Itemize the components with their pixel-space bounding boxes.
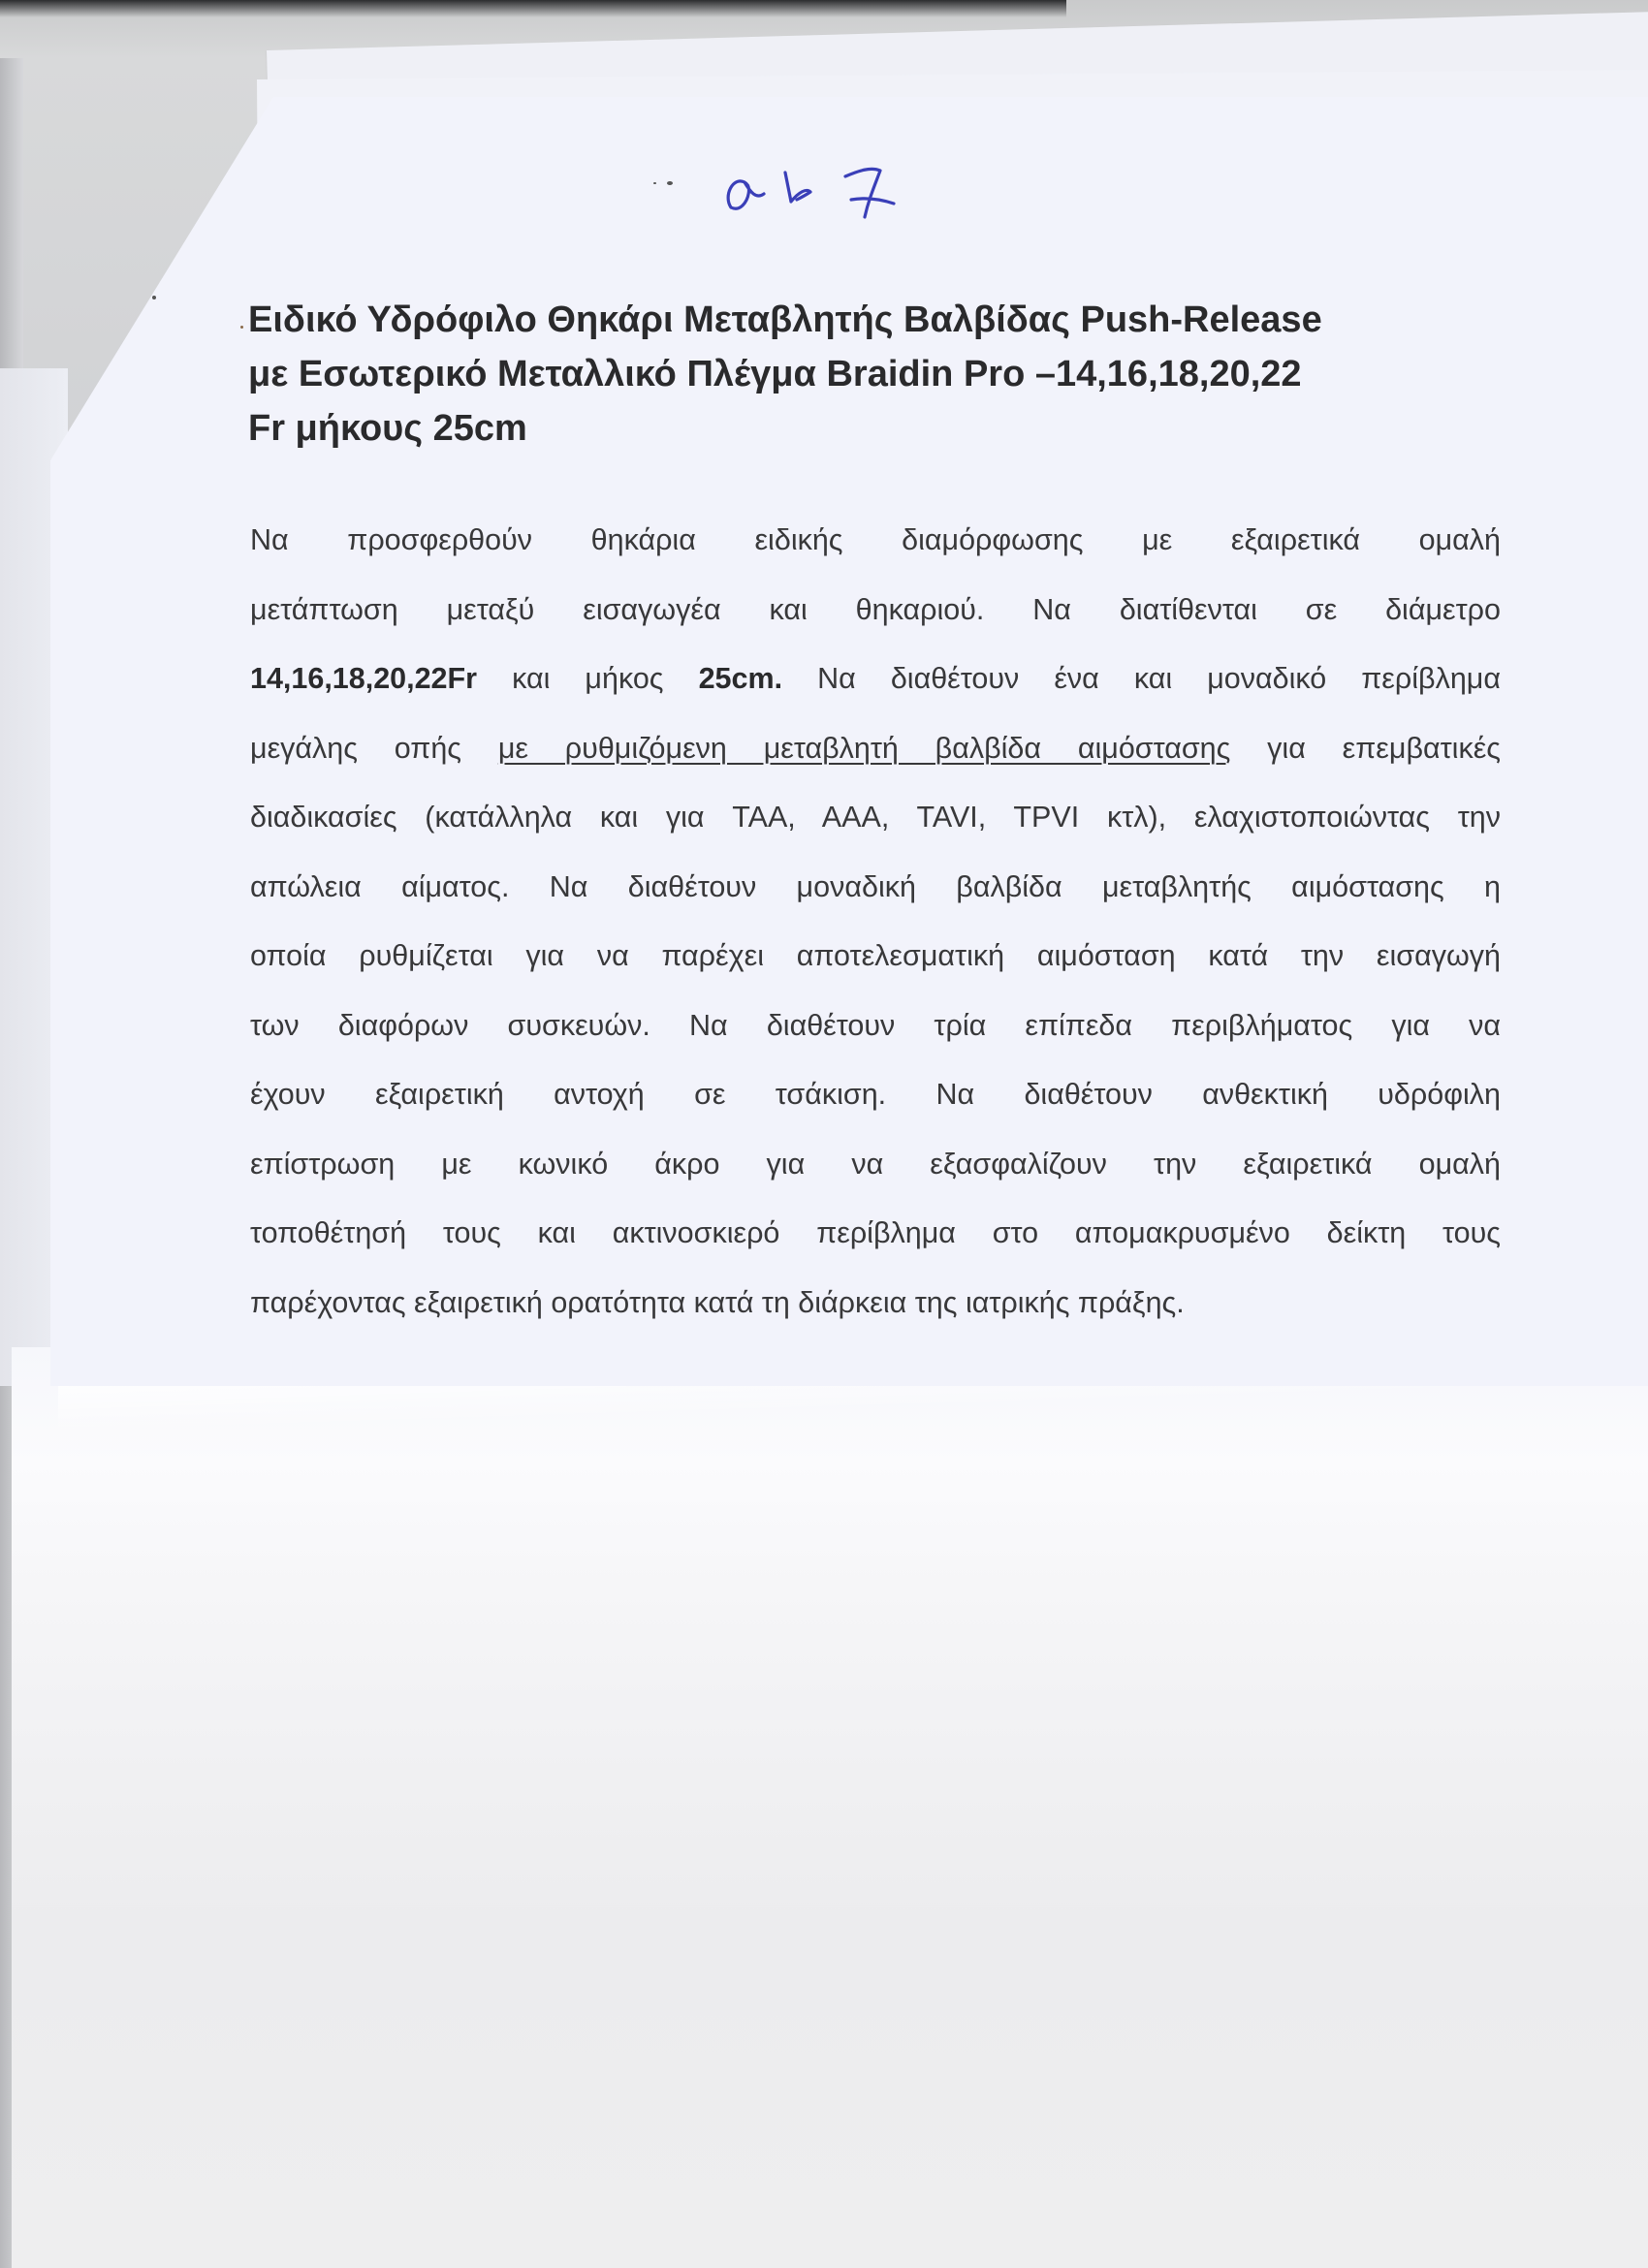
paragraph-line: μετάπτωση μεταξύ εισαγωγέα και θηκαριού.… — [250, 576, 1501, 646]
paragraph-line: μεγάλης οπής με ρυθμιζόμενη μεταβλητή βα… — [250, 714, 1501, 784]
specification-paragraph: Να προσφερθούν θηκάρια ειδικής διαμόρφωσ… — [250, 506, 1501, 1338]
document-title: Ειδικό Υδρόφιλο Θηκάρι Μεταβλητής Βαλβίδ… — [248, 293, 1508, 456]
dust-speck — [152, 296, 156, 299]
paragraph-line: 14,16,18,20,22Fr και μήκος 25cm. Να διαθ… — [250, 645, 1501, 714]
paragraph-line: των διαφόρων συσκευών. Να διαθέτουν τρία… — [250, 992, 1501, 1061]
paragraph-line: οποία ρυθμίζεται για να παρέχει αποτελεσ… — [250, 922, 1501, 992]
dust-speck — [240, 326, 243, 329]
title-line: Ειδικό Υδρόφιλο Θηκάρι Μεταβλητής Βαλβίδ… — [248, 293, 1508, 347]
bold-text: 14,16,18,20,22Fr — [250, 662, 477, 695]
text-run: απώλεια αίματος. Να διαθέτουν μοναδική β… — [250, 870, 1501, 903]
title-line: Fr μήκους 25cm — [248, 401, 1508, 456]
underlined-text: με ρυθμιζόμενη μεταβλητή βαλβίδα αιμόστα… — [498, 732, 1231, 765]
text-run: των διαφόρων συσκευών. Να διαθέτουν τρία… — [250, 1009, 1501, 1042]
paragraph-line: επίστρωση με κωνικό άκρο για να εξασφαλί… — [250, 1130, 1501, 1200]
handwriting-strokes-icon — [655, 138, 927, 235]
title-line: με Εσωτερικό Μεταλλικό Πλέγμα Braidin Pr… — [248, 347, 1508, 401]
paragraph-line: απώλεια αίματος. Να διαθέτουν μοναδική β… — [250, 853, 1501, 923]
text-run: έχουν εξαιρετική αντοχή σε τσάκιση. Να δ… — [250, 1078, 1501, 1111]
handwritten-note: α κ 7 — [655, 138, 927, 235]
paragraph-line: τοποθέτησή τους και ακτινοσκιερό περίβλη… — [250, 1199, 1501, 1269]
text-run: διαδικασίες (κατάλληλα και για TAA, AAA,… — [250, 801, 1501, 834]
paragraph-line: διαδικασίες (κατάλληλα και για TAA, AAA,… — [250, 783, 1501, 853]
text-run: Να προσφερθούν θηκάρια ειδικής διαμόρφωσ… — [250, 523, 1501, 556]
paragraph-line: έχουν εξαιρετική αντοχή σε τσάκιση. Να δ… — [250, 1060, 1501, 1130]
text-run: για επεμβατικές — [1230, 732, 1501, 765]
text-run: και μήκος — [477, 662, 699, 695]
lower-paper-area — [12, 1347, 1648, 2268]
text-run: μεγάλης οπής — [250, 732, 498, 765]
text-run: επίστρωση με κωνικό άκρο για να εξασφαλί… — [250, 1148, 1501, 1181]
text-run: παρέχοντας εξαιρετική ορατότητα κατά τη … — [250, 1286, 1185, 1319]
bold-text: 25cm. — [699, 662, 782, 695]
paragraph-line: Να προσφερθούν θηκάρια ειδικής διαμόρφωσ… — [250, 506, 1501, 576]
text-run: τοποθέτησή τους και ακτινοσκιερό περίβλη… — [250, 1216, 1501, 1249]
paragraph-line: παρέχοντας εξαιρετική ορατότητα κατά τη … — [250, 1269, 1501, 1339]
text-run: οποία ρυθμίζεται για να παρέχει αποτελεσ… — [250, 939, 1501, 972]
text-run: μετάπτωση μεταξύ εισαγωγέα και θηκαριού.… — [250, 593, 1501, 626]
scanner-edge-shadow — [0, 0, 1066, 17]
text-run: Να διαθέτουν ένα και μοναδικό περίβλημα — [782, 662, 1501, 695]
